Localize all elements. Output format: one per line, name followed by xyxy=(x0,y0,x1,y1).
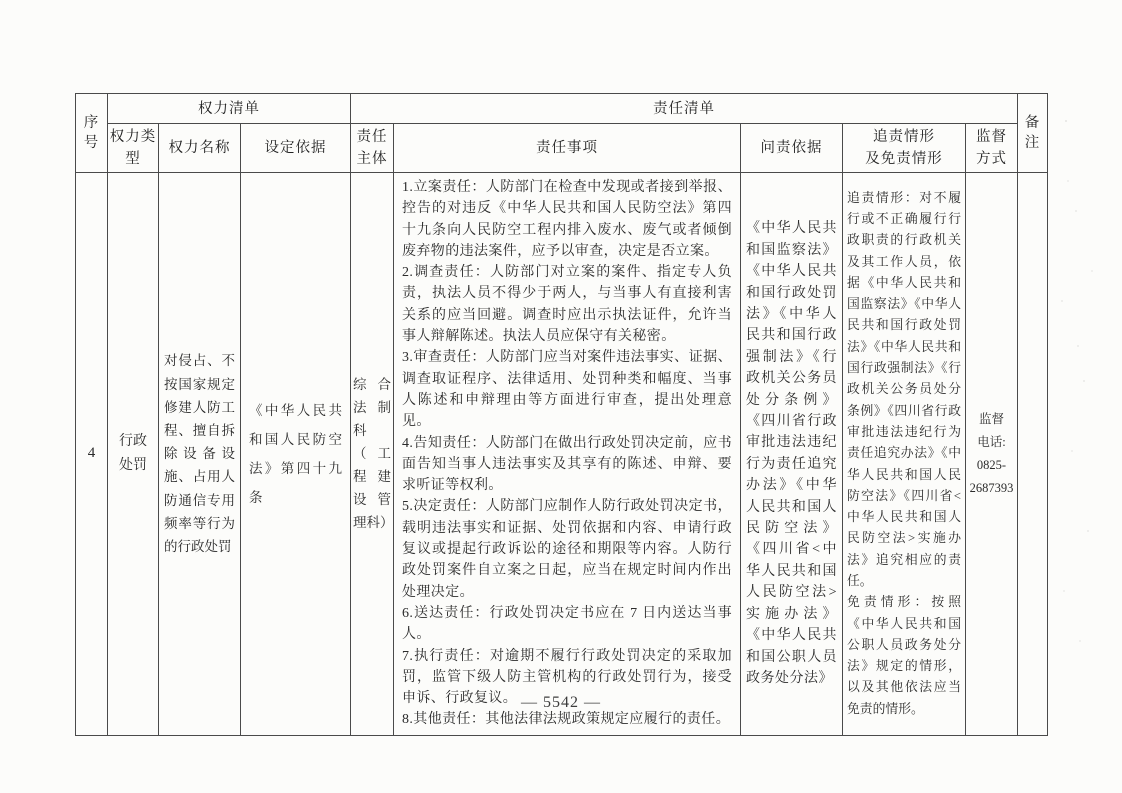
power-responsibility-table: 序号 权力清单 责任清单 备注 权力类型 权力名称 设定依据 责任主体 责任事项… xyxy=(75,93,1048,736)
duty-item: 6.送达责任：行政处罚决定书应在 7 日内送达当事人。 xyxy=(402,603,732,646)
duty-item: 8.其他责任：其他法律法规政策规定应履行的责任。 xyxy=(402,709,732,730)
cell-remark xyxy=(1018,173,1048,736)
header-power-list-group: 权力清单 xyxy=(108,94,351,124)
duty-item: 3.审查责任：人防部门应当对案件违法事实、证据、调查取证程序、法律适用、处罚种类… xyxy=(402,347,732,432)
pursuit-situation-text: 追责情形：对不履行或不正确履行行政职责的行政机关及其工作人员，依据《中华人民共和… xyxy=(847,188,961,593)
scanned-document-page: 序号 权力清单 责任清单 备注 权力类型 权力名称 设定依据 责任主体 责任事项… xyxy=(0,0,1122,793)
header-responsibility-list-group: 责任清单 xyxy=(351,94,1018,124)
header-power-type: 权力类型 xyxy=(108,124,159,173)
table-header-columns-row: 权力类型 权力名称 设定依据 责任主体 责任事项 问责依据 追责情形 及免责情形… xyxy=(76,124,1048,173)
header-pursuit-exemption: 追责情形 及免责情形 xyxy=(843,124,966,173)
duty-item: 1.立案责任：人防部门在检查中发现或者接到举报、控告的对违反《中华人民共和国人民… xyxy=(402,177,732,262)
cell-duty-subject: 综合法制科（工程建设管理科） xyxy=(351,173,394,736)
duty-item: 4.告知责任：人防部门在做出行政处罚决定前，应书面告知当事人违法事实及其享有的陈… xyxy=(402,433,732,497)
cell-power-name: 对侵占、不按国家规定修建人防工程、擅自拆除设备设施、占用人防通信专用频率等行为的… xyxy=(159,173,241,736)
duty-item: 2.调查责任：人防部门对立案的案件、指定专人负责，执法人员不得少于两人，与当事人… xyxy=(402,262,732,347)
cell-supervision-phone: 监督 电话: 0825- 2687393 xyxy=(966,173,1018,736)
table-row: 4 行政处罚 对侵占、不按国家规定修建人防工程、擅自拆除设备设施、占用人防通信专… xyxy=(76,173,1048,736)
header-remark: 备注 xyxy=(1018,94,1048,173)
cell-duty-items: 1.立案责任：人防部门在检查中发现或者接到举报、控告的对违反《中华人民共和国人民… xyxy=(394,173,741,736)
cell-power-type: 行政处罚 xyxy=(108,173,159,736)
cell-accountability-basis: 《中华人民共和国监察法》《中华人民共和国行政处罚法》《中华人民共和国行政强制法》… xyxy=(741,173,843,736)
header-setting-basis: 设定依据 xyxy=(241,124,351,173)
header-supervision-method: 监督 方式 xyxy=(966,124,1018,173)
cell-seq-number: 4 xyxy=(76,173,108,736)
page-number: — 5542 — xyxy=(0,694,1122,712)
header-accountability-basis: 问责依据 xyxy=(741,124,843,173)
scan-noise-speckles xyxy=(1065,120,1067,122)
header-duty-subject: 责任主体 xyxy=(351,124,394,173)
header-duty-items: 责任事项 xyxy=(394,124,741,173)
header-power-name: 权力名称 xyxy=(159,124,241,173)
cell-pursuit-exemption: 追责情形：对不履行或不正确履行行政职责的行政机关及其工作人员，依据《中华人民共和… xyxy=(843,173,966,736)
cell-setting-basis: 《中华人民共和国人民防空法》第四十九条 xyxy=(241,173,351,736)
table-header-group-row: 序号 权力清单 责任清单 备注 xyxy=(76,94,1048,124)
header-seq: 序号 xyxy=(76,94,108,173)
duty-item: 5.决定责任：人防部门应制作人防行政处罚决定书，载明违法事实和证据、处罚依据和内… xyxy=(402,496,732,602)
